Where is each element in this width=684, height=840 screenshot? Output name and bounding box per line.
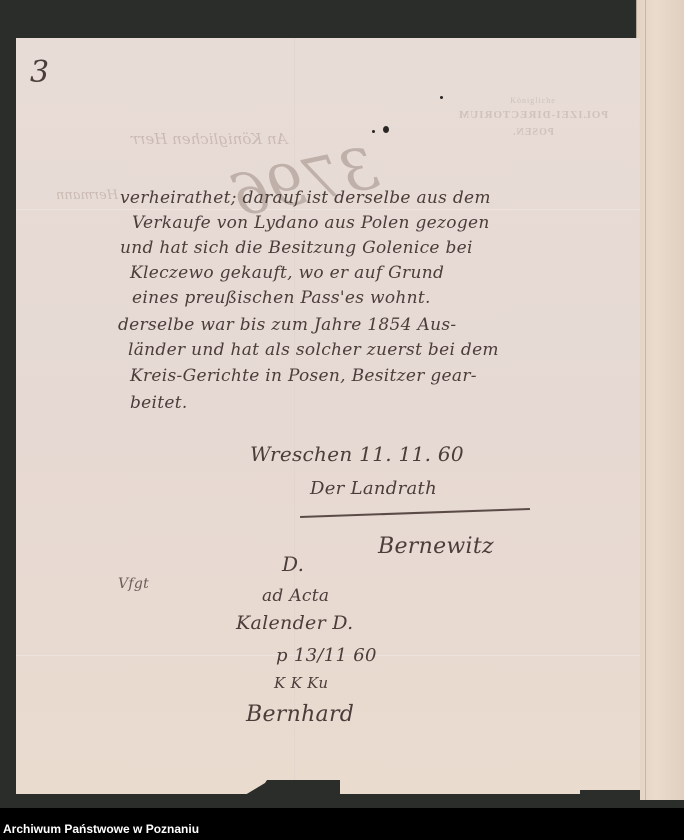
police-directorate-stamp: Königliche POLIZEI-DIRECTORIUM POSEN. <box>448 96 618 138</box>
body-line: Verkaufe von Lydano aus Polen gezogen <box>132 213 490 233</box>
body-line: eines preußischen Pass'es wohnt. <box>132 288 431 308</box>
ink-spot <box>383 126 389 133</box>
sheet-fold-line <box>645 0 646 800</box>
body-line: und hat sich die Besitzung Golenice bei <box>120 238 473 258</box>
place-date: Wreschen 11. 11. 60 <box>250 442 464 466</box>
ink-spot <box>440 96 443 99</box>
endorsement-signature: Bernhard <box>246 702 354 727</box>
body-line: derselbe war bis zum Jahre 1854 Aus- <box>118 315 456 335</box>
bleed-through-side-text: Hermann <box>56 188 118 203</box>
ink-spot <box>372 130 375 133</box>
body-line: beitet. <box>130 393 188 413</box>
office-title: Der Landrath <box>310 478 437 499</box>
body-line: länder und hat als solcher zuerst bei de… <box>128 340 499 360</box>
body-line: verheirathet; darauf ist derselbe aus de… <box>120 188 491 208</box>
archive-caption: Archiwum Państwowe w Poznaniu <box>3 822 199 836</box>
endorsement-line: D. <box>282 552 304 576</box>
margin-note: Vfgt <box>118 576 149 592</box>
back-sheet-edge <box>636 0 684 800</box>
body-line: Kreis-Gerichte in Posen, Besitzer gear- <box>130 366 477 386</box>
bleed-through-header: An Königlichen Herr <box>131 130 287 148</box>
endorsement-line: p 13/11 60 <box>276 645 377 666</box>
body-line: Kleczewo gekauft, wo er auf Grund <box>130 263 444 283</box>
archive-footer: Archiwum Państwowe w Poznaniu <box>0 808 684 840</box>
scan-background: Königliche POLIZEI-DIRECTORIUM POSEN. An… <box>0 0 684 808</box>
endorsement-line: K K Ku <box>274 674 328 692</box>
endorsement-line: Kalender D. <box>236 612 354 634</box>
endorsement-line: ad Acta <box>262 586 329 606</box>
torn-edge <box>580 790 640 810</box>
folio-number: 3 <box>30 55 49 90</box>
signature: Bernewitz <box>378 534 494 559</box>
